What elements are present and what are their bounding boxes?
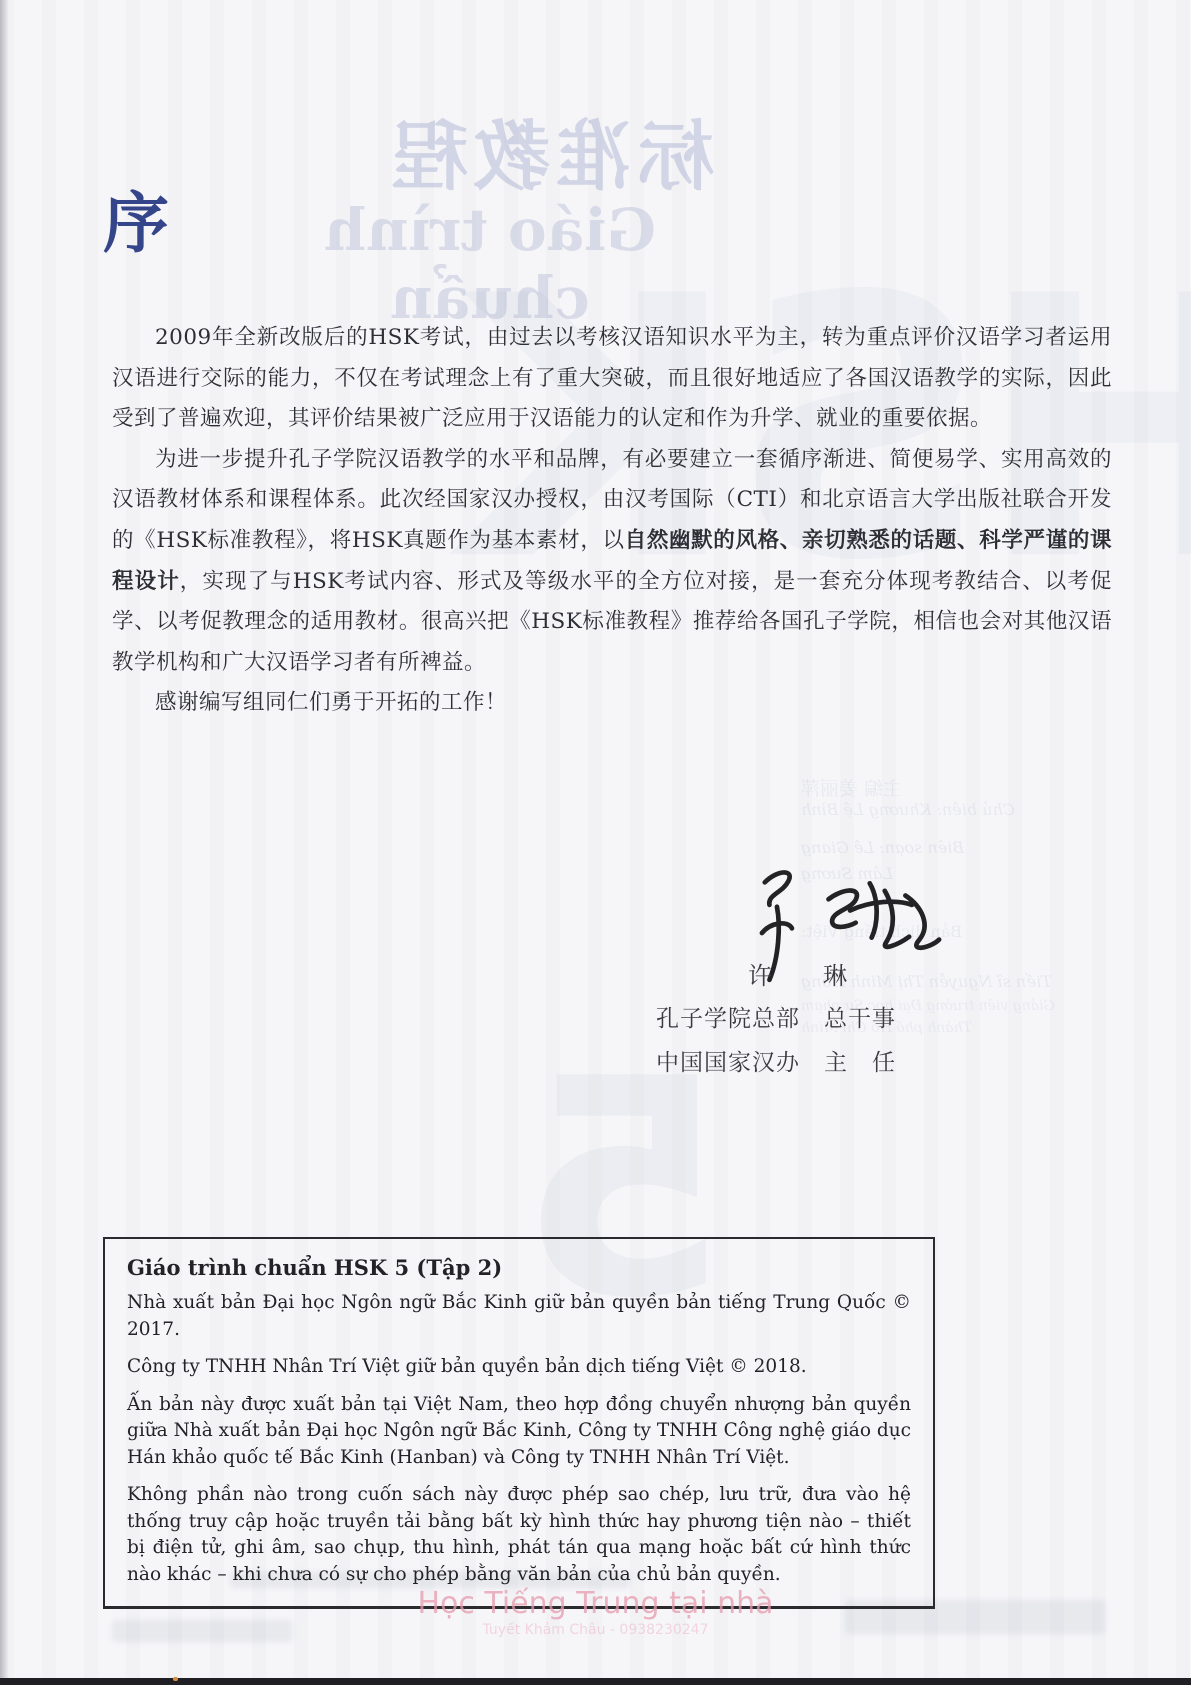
preface-body: 2009年全新改版后的HSK考试，由过去以考核汉语知识水平为主，转为重点评价汉语…	[112, 318, 1112, 724]
scan-edge-left	[0, 0, 9, 1685]
paragraph: 为进一步提升孔子学院汉语教学的水平和品牌，有必要建立一套循序渐进、简便易学、实用…	[112, 440, 1112, 684]
watermark-contact-text: Tuyết Khảm Châu - 0938230247	[0, 1622, 1191, 1638]
bleedthrough-vietnamese-title: Giáo trình chuẩn	[250, 196, 730, 332]
signer-name: 许 琳	[748, 956, 848, 991]
paragraph: 感谢编写组同仁们勇于开拓的工作！	[112, 683, 1112, 724]
paragraph: 2009年全新改版后的HSK考试，由过去以考核汉语知识水平为主，转为重点评价汉语…	[112, 318, 1112, 440]
copyright-line: Nhà xuất bản Đại học Ngôn ngữ Bắc Kinh g…	[127, 1290, 911, 1343]
paragraph-text: ，实现了与HSK考试内容、形式及等级水平的全方位对接，是一套充分体现考教结合、以…	[112, 569, 1112, 675]
bleedthrough-cjk-title: 标准教程	[340, 96, 760, 205]
copyright-line: Ấn bản này được xuất bản tại Việt Nam, t…	[127, 1392, 911, 1472]
copyright-line: Công ty TNHH Nhân Trí Việt giữ bản quyền…	[127, 1354, 911, 1381]
copyright-notice-box: Giáo trình chuẩn HSK 5 (Tập 2) Nhà xuất …	[103, 1237, 935, 1609]
signer-title-line1: 孔子学院总部 总干事	[656, 1000, 896, 1033]
scanned-preface-page: 标准教程 Giáo trình chuẩn HSK 5 主编 姜丽萍 Chủ b…	[0, 0, 1191, 1685]
copyright-line: Không phần nào trong cuốn sách này được …	[127, 1482, 911, 1588]
scan-edge-bottom	[0, 1678, 1191, 1685]
signer-title-line2: 中国国家汉办 主 任	[656, 1044, 896, 1077]
bleedthrough-credit-line: 主编 姜丽萍	[801, 774, 1131, 801]
page-title: 序	[103, 190, 169, 256]
bleedthrough-credit-line: Biên soạn: Lê Giang	[801, 838, 1131, 857]
bleedthrough-credit-line: Chủ biên: Khương Lệ Bình	[801, 800, 1131, 819]
scan-speck	[173, 1677, 178, 1681]
copyright-box-title: Giáo trình chuẩn HSK 5 (Tập 2)	[127, 1255, 911, 1280]
bleedthrough-blur-mark	[112, 1620, 292, 1642]
